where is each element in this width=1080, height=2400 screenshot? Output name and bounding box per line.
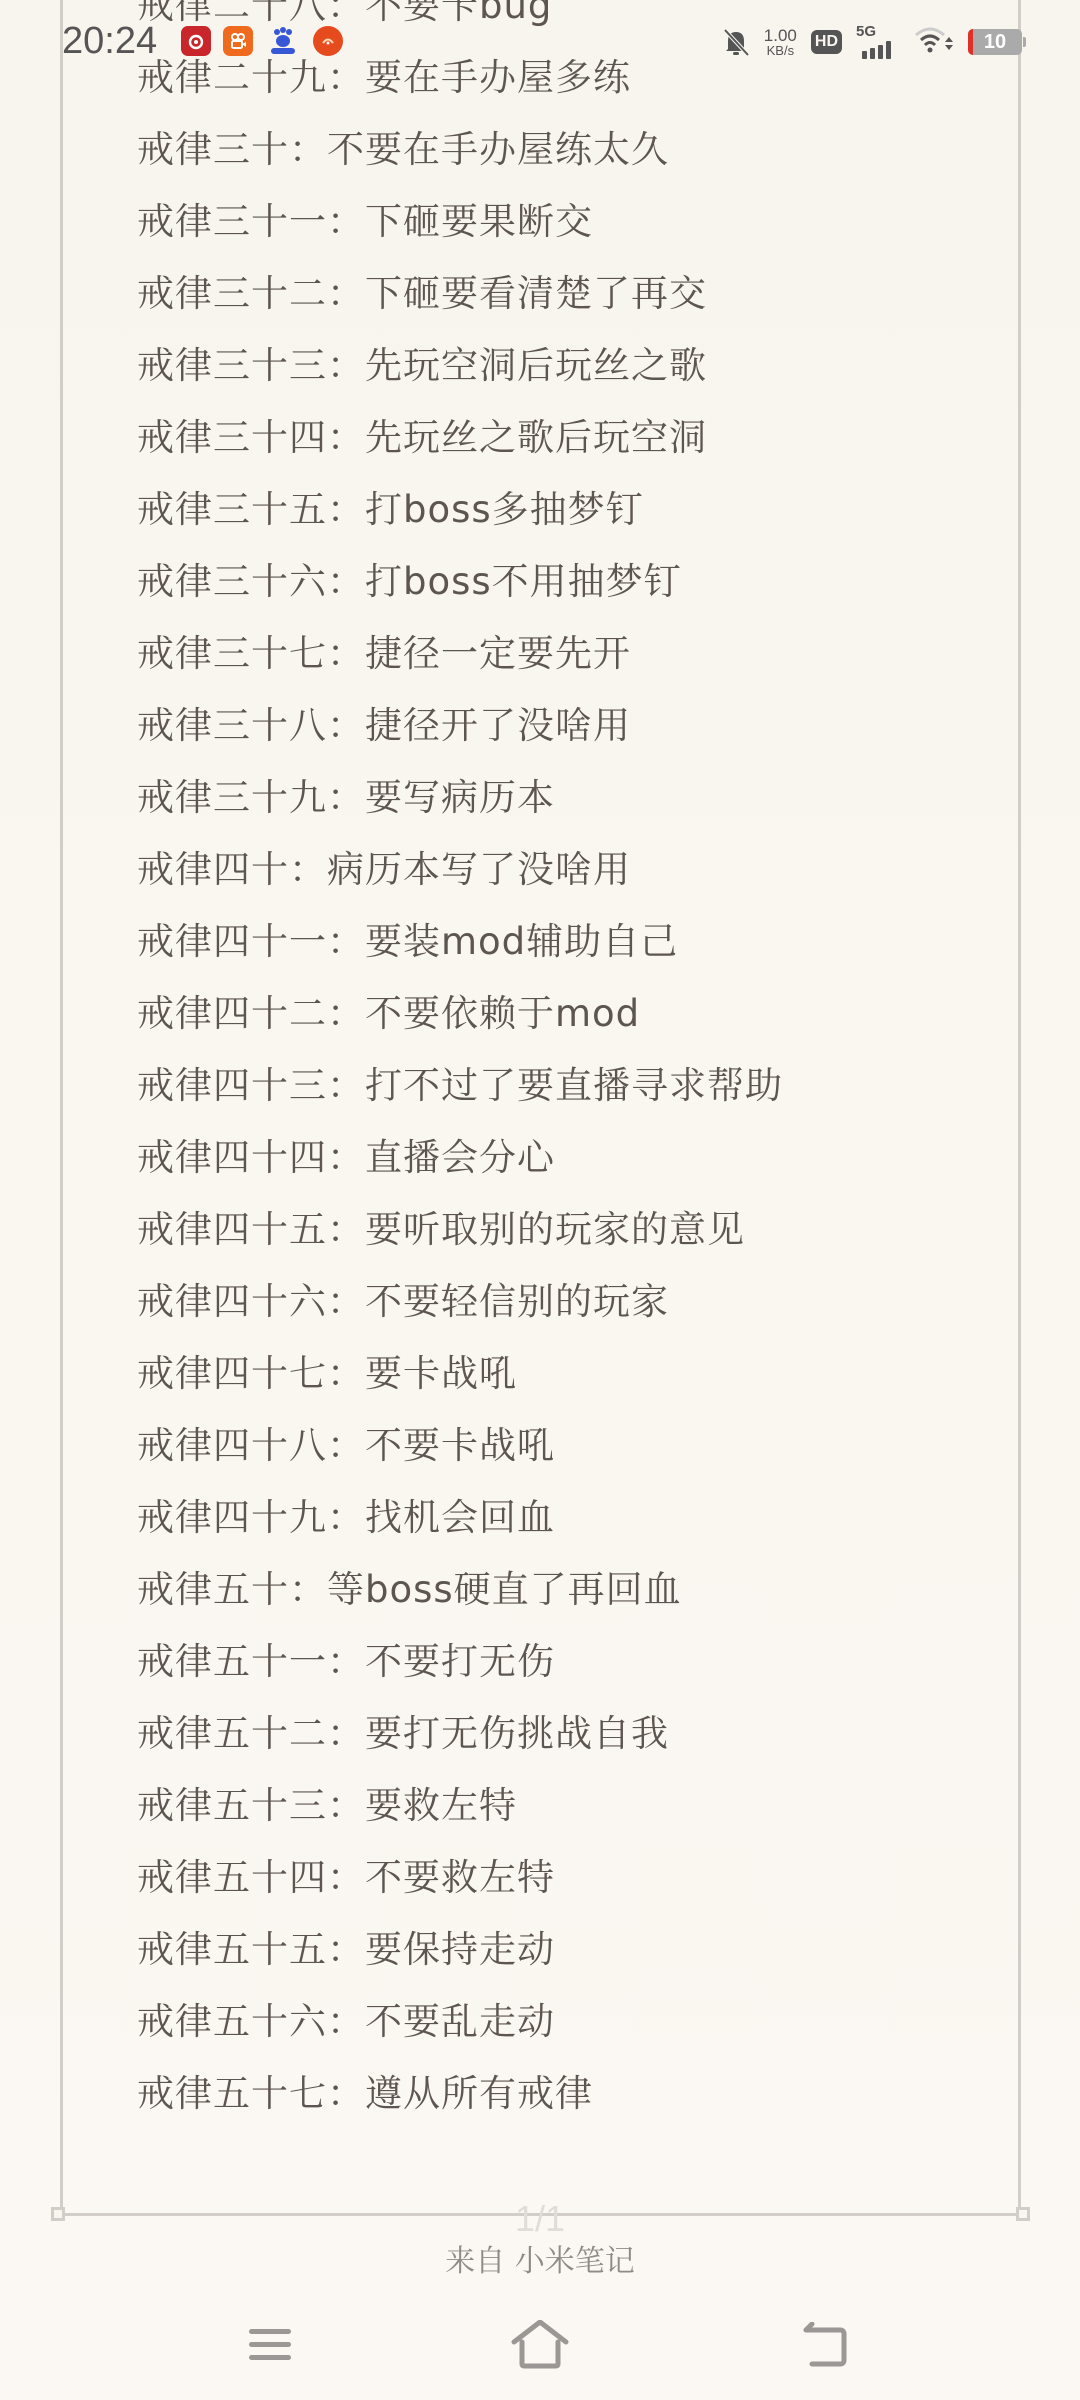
back-icon — [800, 2322, 850, 2368]
rule-text: 捷径开了没啥用 — [365, 704, 631, 747]
rule-item: 戒律五十四：不要救左特 — [137, 1842, 997, 1914]
rule-label: 戒律五十一： — [137, 1640, 365, 1683]
rule-label: 戒律四十： — [137, 848, 327, 891]
network-type: 5G — [856, 23, 876, 40]
rule-item: 戒律五十一：不要打无伤 — [137, 1626, 997, 1698]
rule-text: 病历本写了没啥用 — [327, 848, 631, 891]
rule-label: 戒律三十二： — [137, 272, 365, 315]
rule-item: 戒律三十八：捷径开了没啥用 — [137, 690, 997, 762]
back-button[interactable] — [785, 2310, 865, 2380]
rule-text: 等boss硬直了再回血 — [327, 1568, 682, 1611]
network-speed-value: 1.00 — [764, 27, 797, 44]
hd-voice-icon: HD — [811, 30, 842, 54]
menu-icon — [247, 2325, 293, 2365]
rule-text: 先玩空洞后玩丝之歌 — [365, 344, 707, 387]
rule-label: 戒律五十： — [137, 1568, 327, 1611]
rule-text: 先玩丝之歌后玩空洞 — [365, 416, 707, 459]
rule-item: 戒律五十六：不要乱走动 — [137, 1986, 997, 2058]
rule-label: 戒律三十七： — [137, 632, 365, 675]
rules-list: 戒律二十八：不要卡bug 戒律二十九：要在手办屋多练 戒律三十：不要在手办屋练太… — [137, 0, 997, 2130]
rule-item: 戒律五十五：要保持走动 — [137, 1914, 997, 1986]
status-icons: 1.00 KB/s HD 5G 10 — [722, 20, 1022, 64]
rule-label: 戒律三十九： — [137, 776, 365, 819]
source-label: 来自 小米笔记 — [0, 2236, 1080, 2280]
rule-text: 要在手办屋多练 — [365, 56, 631, 99]
rule-text: 不要乱走动 — [365, 2000, 555, 2043]
rule-item: 戒律五十三：要救左特 — [137, 1770, 997, 1842]
cellular-signal-icon: 5G — [856, 25, 900, 59]
rule-label: 戒律四十三： — [137, 1064, 365, 1107]
rule-label: 戒律五十六： — [137, 2000, 365, 2043]
rule-label: 戒律四十九： — [137, 1496, 365, 1539]
rule-label: 戒律四十五： — [137, 1208, 365, 1251]
rule-item: 戒律五十二：要打无伤挑战自我 — [137, 1698, 997, 1770]
rule-label: 戒律四十一： — [137, 920, 365, 963]
rule-label: 戒律三十八： — [137, 704, 365, 747]
rule-item: 戒律三十九：要写病历本 — [137, 762, 997, 834]
rule-item: 戒律四十五：要听取别的玩家的意见 — [137, 1194, 997, 1266]
network-speed: 1.00 KB/s — [764, 27, 797, 57]
rule-label: 戒律三十四： — [137, 416, 365, 459]
rule-label: 戒律五十七： — [137, 2072, 365, 2115]
rule-label: 戒律三十六： — [137, 560, 365, 603]
rule-text: 下砸要看清楚了再交 — [365, 272, 707, 315]
wifi-icon — [914, 25, 954, 59]
rule-text: 要打无伤挑战自我 — [365, 1712, 669, 1755]
network-speed-unit: KB/s — [767, 44, 794, 57]
rule-item: 戒律四十六：不要轻信别的玩家 — [137, 1266, 997, 1338]
status-time: 20:24 — [62, 20, 157, 63]
rule-label: 戒律五十四： — [137, 1856, 365, 1899]
rule-item: 戒律四十：病历本写了没啥用 — [137, 834, 997, 906]
rule-label: 戒律三十： — [137, 128, 327, 171]
rule-item: 戒律四十一：要装mod辅助自己 — [137, 906, 997, 978]
rule-item: 戒律三十一：下砸要果断交 — [137, 186, 997, 258]
rule-label: 戒律四十八： — [137, 1424, 365, 1467]
rule-text: 要保持走动 — [365, 1928, 555, 1971]
rule-text: 找机会回血 — [365, 1496, 555, 1539]
rule-text: 打boss多抽梦钉 — [365, 488, 644, 531]
rule-label: 戒律四十七： — [137, 1352, 365, 1395]
rule-text: 不要打无伤 — [365, 1640, 555, 1683]
rule-item: 戒律四十八：不要卡战吼 — [137, 1410, 997, 1482]
rule-item: 戒律四十三：打不过了要直播寻求帮助 — [137, 1050, 997, 1122]
rule-text: 要救左特 — [365, 1784, 517, 1827]
rule-item: 戒律五十七：遵从所有戒律 — [137, 2058, 997, 2130]
rule-label: 戒律五十五： — [137, 1928, 365, 1971]
rule-item: 戒律三十六：打boss不用抽梦钉 — [137, 546, 997, 618]
page-indicator: 1/1 — [0, 2198, 1080, 2240]
rule-text: 不要救左特 — [365, 1856, 555, 1899]
bell-muted-icon — [722, 27, 750, 57]
rule-label: 戒律四十六： — [137, 1280, 365, 1323]
rule-text: 不要在手办屋练太久 — [327, 128, 669, 171]
rule-text: 不要卡战吼 — [365, 1424, 555, 1467]
rule-text: 下砸要果断交 — [365, 200, 593, 243]
battery-level: 10 — [984, 31, 1006, 54]
rule-text: 不要依赖于mod — [365, 992, 640, 1035]
rule-text: 不要轻信别的玩家 — [365, 1280, 669, 1323]
rule-text: 要听取别的玩家的意见 — [365, 1208, 745, 1251]
rule-label: 戒律五十三： — [137, 1784, 365, 1827]
rule-text: 直播会分心 — [365, 1136, 555, 1179]
rule-label: 戒律三十五： — [137, 488, 365, 531]
rule-item: 戒律三十七：捷径一定要先开 — [137, 618, 997, 690]
rule-item: 戒律三十二：下砸要看清楚了再交 — [137, 258, 997, 330]
recents-button[interactable] — [230, 2310, 310, 2380]
rule-text: 捷径一定要先开 — [365, 632, 631, 675]
rule-label: 戒律四十二： — [137, 992, 365, 1035]
rule-item: 戒律四十九：找机会回血 — [137, 1482, 997, 1554]
rule-label: 戒律五十二： — [137, 1712, 365, 1755]
rule-label: 戒律四十四： — [137, 1136, 365, 1179]
rule-text: 打不过了要直播寻求帮助 — [365, 1064, 783, 1107]
navigation-bar — [0, 2290, 1080, 2400]
rule-item: 戒律三十五：打boss多抽梦钉 — [137, 474, 997, 546]
rule-item: 戒律五十：等boss硬直了再回血 — [137, 1554, 997, 1626]
rule-item: 戒律三十四：先玩丝之歌后玩空洞 — [137, 402, 997, 474]
rule-item: 戒律四十七：要卡战吼 — [137, 1338, 997, 1410]
home-button[interactable] — [500, 2310, 580, 2380]
rule-text: 要写病历本 — [365, 776, 555, 819]
battery-icon: 10 — [968, 29, 1022, 55]
home-icon — [510, 2320, 570, 2370]
rule-item: 戒律三十：不要在手办屋练太久 — [137, 114, 997, 186]
rule-text: 打boss不用抽梦钉 — [365, 560, 682, 603]
rule-text: 遵从所有戒律 — [365, 2072, 593, 2115]
rule-label: 戒律二十九： — [137, 56, 365, 99]
rule-item: 戒律四十二：不要依赖于mod — [137, 978, 997, 1050]
rule-text: 要装mod辅助自己 — [365, 920, 678, 963]
rule-label: 戒律三十三： — [137, 344, 365, 387]
rule-item: 戒律四十四：直播会分心 — [137, 1122, 997, 1194]
rule-item: 戒律三十三：先玩空洞后玩丝之歌 — [137, 330, 997, 402]
rule-label: 戒律三十一： — [137, 200, 365, 243]
rule-text: 要卡战吼 — [365, 1352, 517, 1395]
